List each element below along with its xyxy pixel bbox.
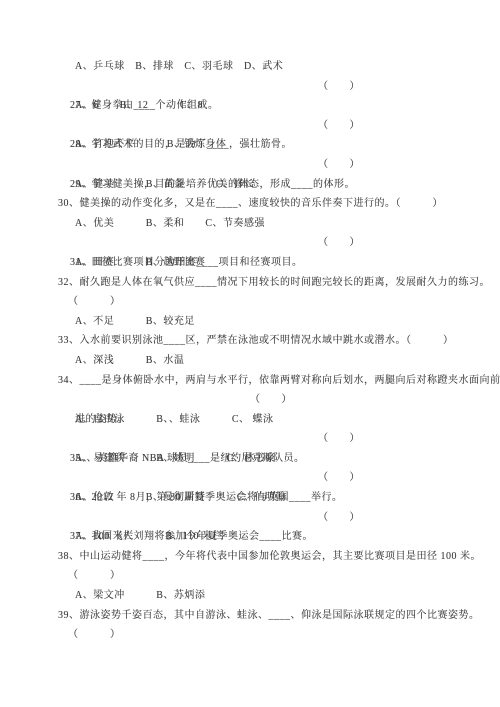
options-line-35: A、易建联 B、姚明 C、林书豪 — [0, 449, 500, 469]
answer-paren-38: （ ） — [0, 566, 500, 586]
question-line-30: 30、健美操的动作变化多，又是在____、速度较快的音乐伴奏下进行的。（ ） — [0, 194, 500, 214]
options-line-30: A、优美 B、柔和 C、节奏感强 — [0, 214, 500, 234]
question-line-33: 33、入水前要识别泳池____区，严禁在泳池或不明情况水域中跳水或潜水。（ ） — [0, 331, 500, 351]
options-line-38: A、梁文冲 B、苏炳添 — [0, 586, 500, 606]
options-line-29: A、健美 B、苗条 C、修长 — [0, 175, 500, 195]
question-line-28: 28、学习武术的目的，是为了____，强壮筋骨。 （ ） — [0, 116, 500, 136]
options-line-31: A、田赛 B、越野比赛 — [0, 253, 500, 273]
options-line-37: A、100 米栏 B、110 米栏 — [0, 527, 500, 547]
answer-paren-37: （ ） — [318, 508, 360, 528]
answer-paren-29: （ ） — [318, 155, 360, 175]
question-line-34-continued: 进的姿势。 （ ） — [0, 390, 500, 410]
question-line-36: 36、2012 年 8月，第 30 届夏季奥运会将与英国____举行。 （ ） — [0, 468, 500, 488]
options-line-28: A、打抱不平 B、锻炼身体 — [0, 135, 500, 155]
options-line-q26: A、乒乓球 B、排球 C、羽毛球 D、武术 — [0, 57, 500, 77]
answer-paren-32: （ ） — [0, 292, 500, 312]
question-line-37: 37、我国飞人刘翔将参加今年夏季奥运会____比赛。 （ ） — [0, 508, 500, 528]
question-line-35: 35、、美籍华裔 NBA 球员____是纽约尼克斯队员。 （ ） — [0, 429, 500, 449]
question-line-34: 34、____是身体俯卧水中，两肩与水平行，依靠两臂对称向后划水，两腿向后对称蹬… — [0, 371, 500, 391]
exam-document-page: A、乒乓球 B、排球 C、羽毛球 D、武术 27、健身拳由____个动作组成。 … — [0, 0, 500, 707]
answer-paren-31: （ ） — [318, 233, 360, 253]
options-line-27: A、6 B、12 C、8 — [0, 96, 500, 116]
answer-paren-28: （ ） — [318, 116, 360, 136]
question-line-39: 39、游泳姿势千姿百态，其中自游泳、蛙泳、____、仰泳是国际泳联规定的四个比赛… — [0, 606, 500, 626]
options-line-33: A、深浅 B、水温 — [0, 351, 500, 371]
answer-paren-35: （ ） — [318, 429, 360, 449]
question-line-31: 31、田径比赛项目分为田赛____项目和径赛项目。 （ ） — [0, 233, 500, 253]
question-line-29: 29、学习健美操，目的是培养优美的体态，形成____的体形。 （ ） — [0, 155, 500, 175]
answer-paren-27: （ ） — [318, 77, 360, 97]
question-line-27: 27、健身拳由____个动作组成。 （ ） — [0, 77, 500, 97]
answer-paren-36: （ ） — [318, 468, 360, 488]
answer-paren-34: （ ） — [250, 390, 292, 410]
options-line-34: A、自由泳 B、、蛙泳 C、 蝶泳 — [0, 410, 500, 430]
question-line-32: 32、耐久跑是人体在氧气供应____情况下用较长的时间跑完较长的距离，发展耐久力… — [0, 273, 500, 293]
options-line-32: A、不足 B、较充足 — [0, 312, 500, 332]
question-line-38: 38、中山运动健将____，今年将代表中国参加伦敦奥运会，其主要比赛项目是田径 … — [0, 547, 500, 567]
options-line-36: A、伦敦 B、曼彻斯特 C、伯明翰 — [0, 488, 500, 508]
answer-paren-39: （ ） — [0, 625, 500, 645]
